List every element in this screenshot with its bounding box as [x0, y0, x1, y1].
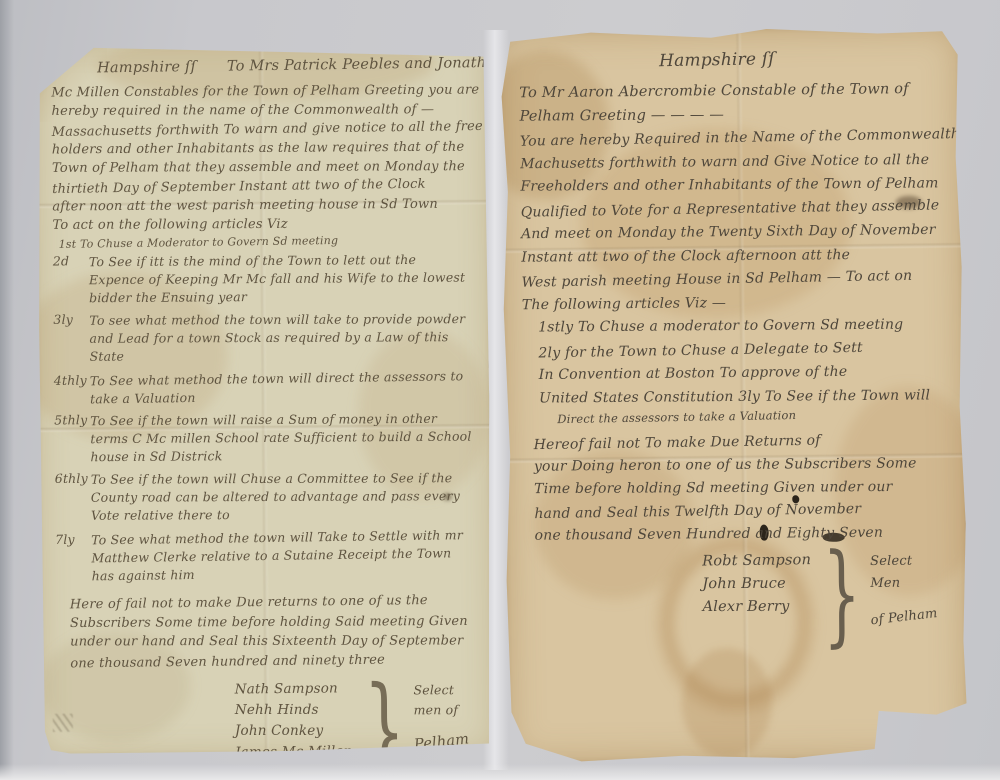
selectmen-note-line: Select [870, 550, 937, 573]
signature-names: Nath Sampson Nehh Hinds John Conkey Jame… [235, 679, 353, 756]
photograph-background: Hampshire ſſ To Mrs Patrick Peebles and … [0, 0, 1000, 780]
signature: Robt Sampson [702, 549, 811, 573]
article-text: To See what method the town will direct … [90, 367, 476, 408]
addressee-line: To Mr Aaron Abercrombie Constable of the… [519, 78, 945, 106]
article-text: To see what method the town will take to… [89, 310, 475, 366]
article-number: 5thly [54, 412, 90, 466]
signature: John Bruce [703, 573, 812, 597]
doc-right-heading: Hampshire ſſ [519, 47, 915, 74]
selectmen-note-line: Men [870, 572, 937, 595]
article-number: 4thly [54, 372, 90, 408]
signature-brace-icon: } [823, 548, 862, 642]
article-number: 6thly [55, 471, 91, 525]
closing-line: under our hand and Seal this Sixteenth D… [70, 631, 478, 652]
signature-block: Nath Sampson Nehh Hinds John Conkey Jame… [57, 678, 469, 756]
signature-block: Robt Sampson John Bruce Alexr Berry } Se… [525, 548, 938, 643]
table-edge-highlight [0, 764, 1000, 780]
body-line: Mc Millen Constables for the Town of Pel… [51, 81, 473, 103]
article-row: 5thly To See if the town will raise a Su… [54, 410, 476, 467]
body-line: after noon att the west parish meeting h… [52, 195, 474, 217]
doc-left-addressee: To Mrs Patrick Peebles and Jonathan [227, 55, 493, 75]
selectmen-note-line: men of [414, 700, 469, 720]
signature-names: Robt Sampson John Bruce Alexr Berry [702, 549, 812, 642]
article-number: 3ly [53, 312, 89, 366]
selectmen-note: Select Men of Pelham [870, 548, 938, 641]
doc-left-heading: Hampshire ſſ [97, 59, 196, 76]
signature: Nehh Hinds [235, 700, 353, 721]
article-row: 3ly To see what method the town will tak… [53, 310, 475, 366]
article-row: 4thly To See what method the town will d… [54, 367, 476, 409]
article-row: 7ly To See what method the town will Tak… [55, 526, 478, 586]
article-text: To See what method the town will Take to… [91, 526, 478, 585]
selectmen-note: Select men of Pelham [413, 678, 469, 756]
signature-brace-icon: } [363, 677, 405, 756]
selectmen-note-line: of Pelham [870, 603, 939, 632]
article-text: To See if the town will Chuse a Committe… [91, 469, 477, 525]
signature: James Mc Millen [235, 741, 353, 756]
closing-line: one thousand Seven hundred and ninety th… [70, 649, 478, 673]
signature: Nath Sampson [235, 678, 353, 700]
selectmen-note-line: Select [413, 680, 468, 700]
background-shadow-strip [0, 0, 14, 780]
article-number: 7ly [55, 531, 92, 585]
doc-left-heading-row: Hampshire ſſ To Mrs Patrick Peebles and … [97, 55, 473, 76]
article-text: To See if itt is the mind of the Town to… [89, 251, 475, 308]
manuscript-right-surface: Hampshire ſſ To Mr Aaron Abercrombie Con… [499, 25, 970, 764]
closing-paragraph: Here of fail not to make Due returns to … [70, 591, 479, 672]
closing-line: one thousand Seven Hundred and Eighty Se… [535, 521, 951, 548]
article-row: 6thly To See if the town will Chuse a Co… [55, 469, 477, 525]
signature: Alexr Berry [703, 596, 812, 619]
article-line: In Convention at Boston To approve of th… [539, 360, 949, 388]
body-line: holders and other Inhabitants as the law… [52, 138, 474, 160]
manuscript-right: Hampshire ſſ To Mr Aaron Abercrombie Con… [499, 25, 970, 764]
closing-paragraph: Hereof fail not To make Due Returns of y… [534, 429, 951, 548]
closing-line: Subscribers Some time before holding Sai… [70, 611, 478, 633]
closing-line: your Doing heron to one of us the Subscr… [534, 452, 950, 479]
body-line: And meet on Monday the Twenty Sixth Day … [521, 219, 947, 247]
manuscript-left-surface: Hampshire ſſ To Mrs Patrick Peebles and … [35, 38, 493, 756]
article-number: 2d [53, 253, 89, 307]
signature: John Conkey [235, 721, 353, 742]
article-text: To See if the town will raise a Sum of m… [90, 410, 476, 467]
selectmen-note-line: Pelham [413, 729, 470, 755]
manuscript-left: Hampshire ſſ To Mrs Patrick Peebles and … [35, 38, 493, 756]
article-row: 2d To See if itt is the mind of the Town… [53, 251, 475, 308]
